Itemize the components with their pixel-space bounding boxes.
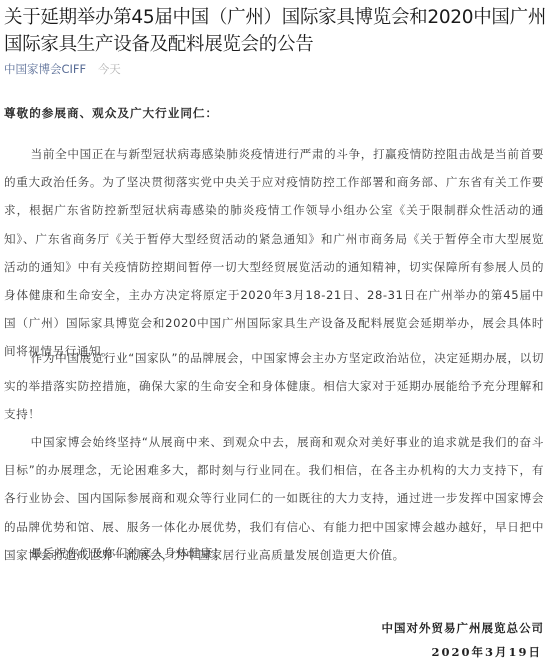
article-meta: 中国家博会CIFF 今天 (4, 61, 121, 77)
paragraph-2: 作为中国展览行业“国家队”的品牌展会，中国家博会主办方坚定政治站位，决定延期办展… (4, 344, 544, 429)
signature: 中国对外贸易广州展览总公司 (382, 620, 545, 636)
article-body: 尊敬的参展商、观众及广大行业同仁： (4, 104, 544, 122)
salutation: 尊敬的参展商、观众及广大行业同仁： (4, 104, 544, 122)
paragraph-1: 当前全中国正在与新型冠状病毒感染肺炎疫情进行严肃的斗争，打赢疫情防控阻击战是当前… (4, 140, 544, 366)
author-link[interactable]: 中国家博会CIFF (4, 62, 86, 76)
paragraph-4: 最后祝你们及你们的家人身体健康！ (4, 539, 544, 567)
article-title: 关于延期举办第45届中国（广州）国际家具博览会和2020中国广州国际家具生产设备… (4, 4, 550, 58)
publish-time: 今天 (98, 62, 121, 76)
signature-date: 2020年3月19日 (431, 644, 542, 660)
